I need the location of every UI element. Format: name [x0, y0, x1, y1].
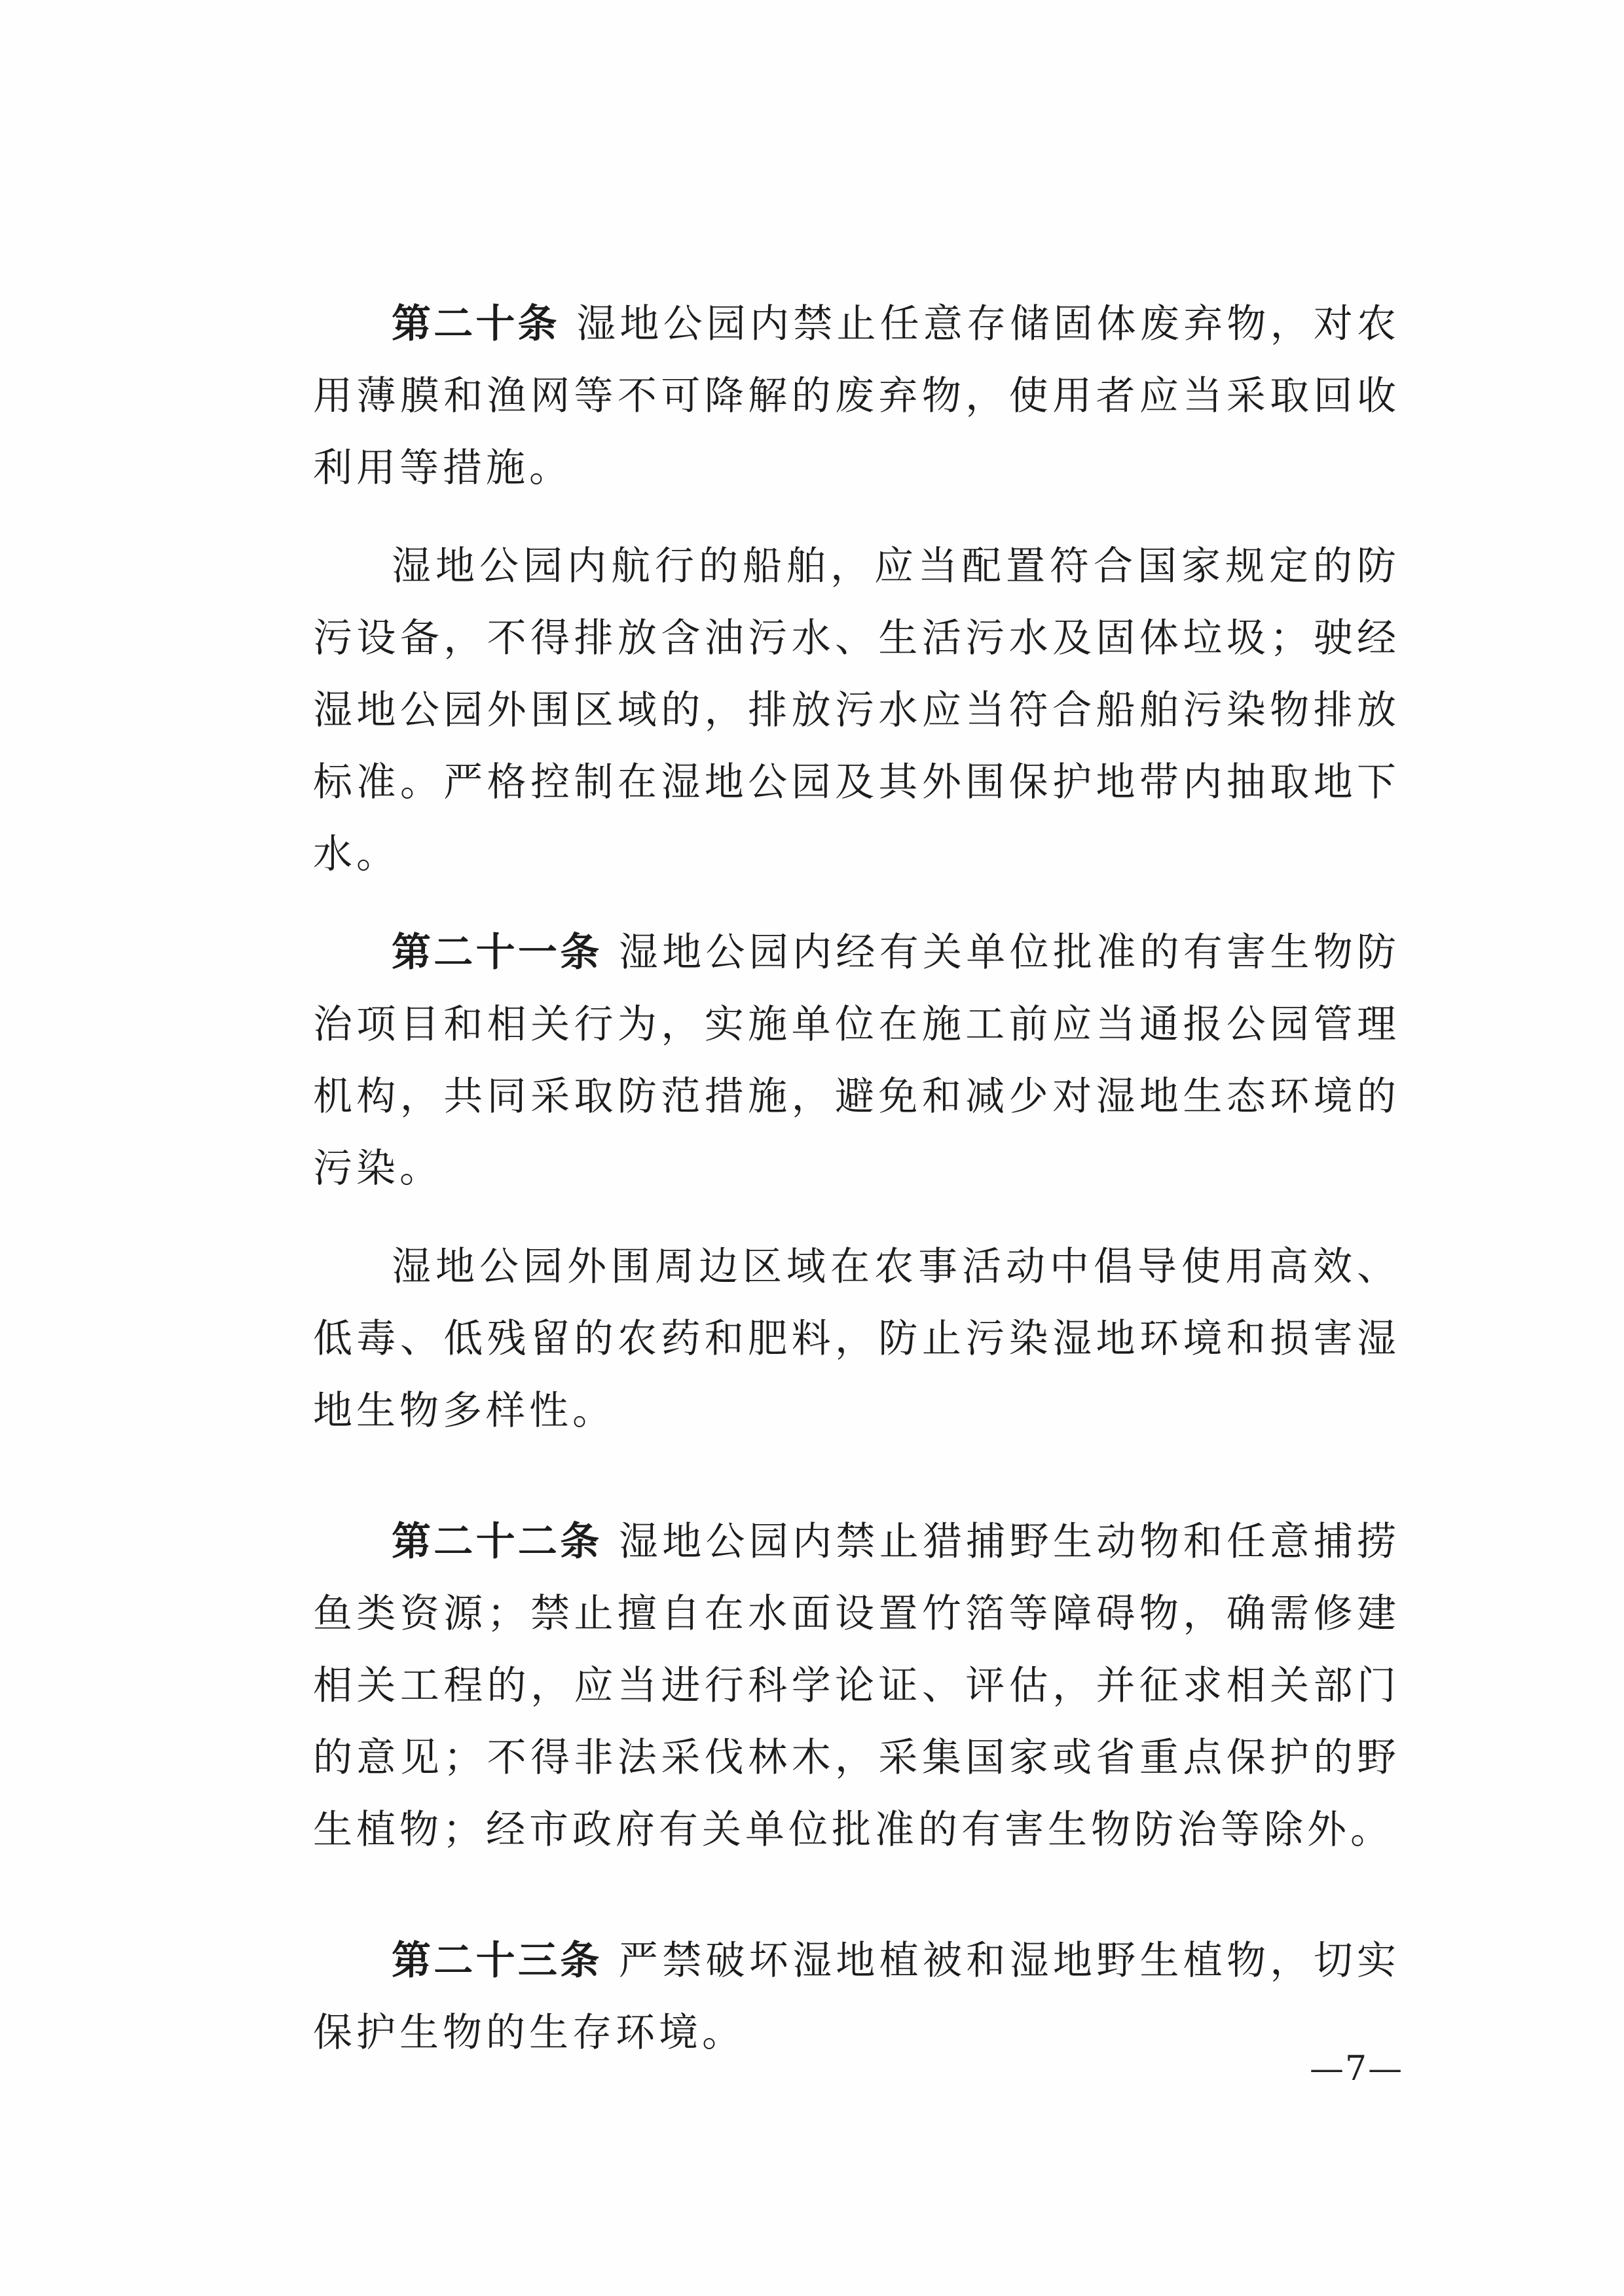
article-heading: 第二十二条	[392, 1519, 602, 1565]
article-21-paragraph-2: 湿地公园外围周边区域在农事活动中倡导使用高效、低毒、低残留的农药和肥料，防止污染…	[313, 1231, 1400, 1447]
article-text: 湿地公园外围周边区域在农事活动中倡导使用高效、低毒、低残留的农药和肥料，防止污染…	[313, 1244, 1400, 1434]
article-20-paragraph-2: 湿地公园内航行的船舶，应当配置符合国家规定的防污设备，不得排放含油污水、生活污水…	[313, 530, 1400, 890]
article-heading: 第二十一条	[392, 930, 602, 975]
article-22: 第二十二条 湿地公园内禁止猎捕野生动物和任意捕捞鱼类资源；禁止擅自在水面设置竹箔…	[313, 1506, 1400, 1866]
article-text: 湿地公园内航行的船舶，应当配置符合国家规定的防污设备，不得排放含油污水、生活污水…	[313, 543, 1400, 877]
article-21: 第二十一条 湿地公园内经有关单位批准的有害生物防治项目和相关行为，实施单位在施工…	[313, 917, 1400, 1205]
article-20: 第二十条 湿地公园内禁止任意存储固体废弃物，对农用薄膜和渔网等不可降解的废弃物，…	[313, 288, 1400, 504]
article-heading: 第二十条	[392, 301, 560, 347]
article-text: 湿地公园内禁止猎捕野生动物和任意捕捞鱼类资源；禁止擅自在水面设置竹箔等障碍物，确…	[313, 1519, 1400, 1853]
document-body: 第二十条 湿地公园内禁止任意存储固体废弃物，对农用薄膜和渔网等不可降解的废弃物，…	[313, 288, 1400, 2069]
article-heading: 第二十三条	[392, 1938, 602, 1984]
page-number: —7—	[1310, 2049, 1403, 2088]
document-page: 第二十条 湿地公园内禁止任意存储固体废弃物，对农用薄膜和渔网等不可降解的废弃物，…	[0, 0, 1624, 2296]
article-23: 第二十三条 严禁破坏湿地植被和湿地野生植物，切实保护生物的生存环境。	[313, 1925, 1400, 2069]
